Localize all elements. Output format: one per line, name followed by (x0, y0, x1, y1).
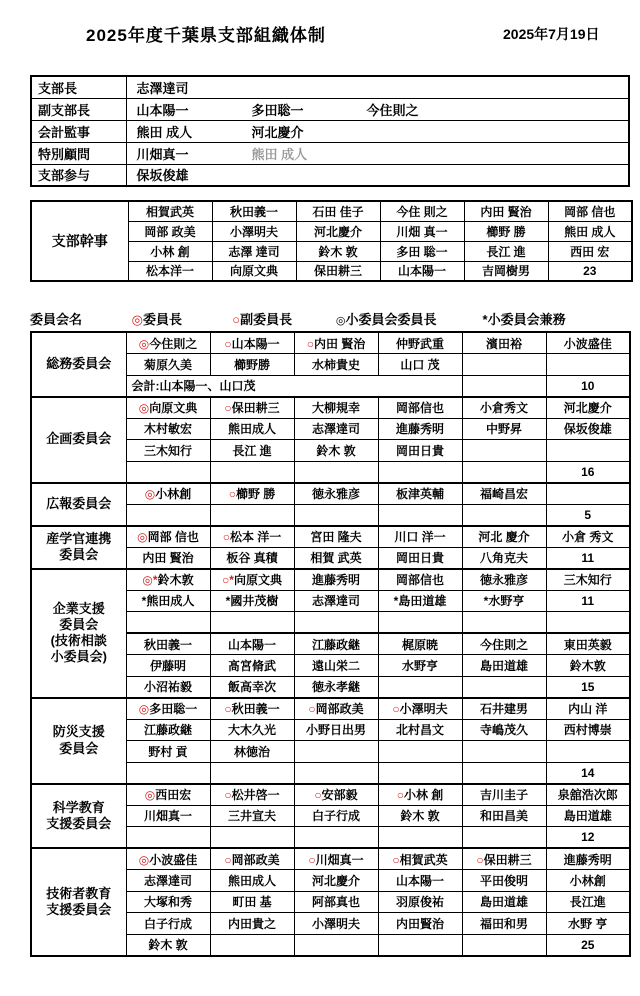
member-cell: 進藤秀明 (546, 848, 630, 870)
person-name: 櫛野 勝 (236, 487, 275, 501)
vice-chair-mark-icon: ○ (223, 530, 230, 544)
member-cell: 濱田裕 (462, 332, 546, 354)
member-cell (294, 827, 378, 849)
member-cell: 小林創 (546, 870, 630, 892)
member-cell: 江藤政継 (126, 719, 210, 741)
person-name: 河北慶介 (252, 122, 367, 141)
person-name: 山本陽一 (137, 100, 252, 119)
member-cell: 泉舘浩次郎 (546, 784, 630, 806)
member-cell: ○小林 創 (378, 784, 462, 806)
legend-sub-chair-label: 小委員会委員長 (345, 312, 436, 327)
committee-name: 企画委員会 (31, 397, 126, 483)
member-cell: 小澤明夫 (294, 913, 378, 935)
member-cell: 白子行成 (294, 805, 378, 827)
chair-mark-icon: ◎ (145, 788, 155, 802)
member-cell (378, 612, 462, 634)
member-cell: 熊田 成人 (548, 221, 632, 241)
vice-chair-mark-icon: ○ (476, 853, 483, 867)
member-cell (546, 612, 630, 634)
committee-row: 科学教育 支援委員会◎西田宏○松井啓一○安部毅○小林 創吉川圭子泉舘浩次郎 (31, 784, 630, 806)
member-count-cell: 14 (546, 762, 630, 784)
member-cell: 秋田義一 (126, 633, 210, 655)
member-count-cell: 15 (546, 676, 630, 698)
member-cell: 三木知行 (546, 569, 630, 591)
member-cell (378, 827, 462, 849)
member-cell: 阿部真也 (294, 891, 378, 913)
committee-name: 技術者教育 支援委員会 (31, 848, 126, 956)
committee-section: 産学官連携 委員会◎岡部 信也○松本 洋一宮田 隆夫川口 洋一河北 慶介小倉 秀… (31, 526, 630, 569)
member-cell: 熊田成人 (210, 870, 294, 892)
member-count-cell: 25 (546, 934, 630, 956)
legend-concurrent: *小委員会兼務 (483, 309, 566, 328)
member-count-cell: 5 (546, 504, 630, 526)
person-name: 今住則之 (367, 100, 482, 119)
person-name: 島田道雄 (398, 594, 446, 608)
member-cell (294, 934, 378, 956)
legend-concurrent-label: 小委員会兼務 (488, 312, 566, 327)
member-cell: 川畑真一 (126, 805, 210, 827)
member-cell: 三井宣夫 (210, 805, 294, 827)
officer-role-label: 支部長 (31, 76, 126, 98)
member-cell: 仲野武重 (378, 332, 462, 354)
member-cell (462, 612, 546, 634)
person-name: 多田聡一 (252, 100, 367, 119)
secretary-row: 支部幹事相賀武英秋田義一石田 佳子今住 則之内田 賢治岡部 信也 (31, 201, 632, 221)
member-cell (210, 461, 294, 483)
member-cell: 鈴木 敦 (296, 241, 380, 261)
member-cell (462, 375, 546, 397)
member-count-cell: 12 (546, 827, 630, 849)
person-name: 松井啓一 (232, 788, 280, 802)
member-cell: 内田 賢治 (126, 547, 210, 569)
vice-chair-mark-icon: ○ (224, 401, 231, 415)
officer-names-cell: 川畑真一熊田 成人 (126, 142, 629, 164)
member-cell (126, 461, 210, 483)
member-cell: ○小澤明夫 (378, 698, 462, 720)
person-name: 川畑真一 (316, 853, 364, 867)
person-name: 小澤明夫 (400, 702, 448, 716)
member-cell: 島田道雄 (546, 805, 630, 827)
member-cell: 山本陽一 (380, 261, 464, 281)
officer-row: 会計監事熊田 成人河北慶介 (31, 120, 629, 142)
person-name: 会計:山本陽一、山口茂 (132, 379, 256, 393)
member-cell: 山本陽一 (378, 870, 462, 892)
committee-row: 総務委員会◎今住則之○山本陽一○内田 賢治仲野武重濱田裕小波盛佳 (31, 332, 630, 354)
vice-chair-mark-icon: ○ (224, 788, 231, 802)
member-cell: 今住 則之 (380, 201, 464, 221)
member-cell: 川畑 真一 (380, 221, 464, 241)
person-name: 秋田義一 (232, 702, 280, 716)
person-name: 川畑真一 (137, 144, 252, 163)
chair-mark-icon: ◎ (139, 702, 149, 716)
member-cell (294, 504, 378, 526)
member-cell: 長江進 (546, 891, 630, 913)
member-cell: 宮田 隆夫 (294, 526, 378, 548)
secretaries-body: 支部幹事相賀武英秋田義一石田 佳子今住 則之内田 賢治岡部 信也岡部 政美小澤明… (31, 201, 632, 281)
member-cell: 松本洋一 (128, 261, 212, 281)
member-cell: 河北慶介 (546, 397, 630, 419)
member-cell: 木村敏宏 (126, 418, 210, 440)
member-cell: 石井建男 (462, 698, 546, 720)
member-cell: 内田 賢治 (464, 201, 548, 221)
legend: 委員会名 ◎委員長 ○副委員長 ◎小委員会委員長 *小委員会兼務 (30, 309, 635, 328)
member-count-cell: 23 (548, 261, 632, 281)
committees-table: 総務委員会◎今住則之○山本陽一○内田 賢治仲野武重濱田裕小波盛佳菊原久美櫛野勝水… (30, 331, 631, 957)
officers-table: 支部長志澤達司副支部長山本陽一多田聡一今住則之会計監事熊田 成人河北慶介特別顧問… (30, 75, 630, 187)
committee-row: 技術者教育 支援委員会◎小波盛佳○岡部政美○川畑真一○相賀武英○保田耕三進藤秀明 (31, 848, 630, 870)
member-cell: 福崎昌宏 (462, 483, 546, 505)
member-cell: *島田道雄 (378, 590, 462, 612)
member-cell: 江藤政継 (294, 633, 378, 655)
member-cell (546, 741, 630, 763)
member-cell: ○岡部政美 (210, 848, 294, 870)
member-cell: 山本陽一 (210, 633, 294, 655)
member-cell (378, 676, 462, 698)
chair-mark-icon: ◎ (137, 530, 147, 544)
vice-chair-mark-icon: ○ (308, 702, 315, 716)
member-cell: 岡部 政美 (128, 221, 212, 241)
member-cell: 梶原暁 (378, 633, 462, 655)
officer-row: 支部参与保坂俊雄 (31, 164, 629, 186)
member-cell: ○山本陽一 (210, 332, 294, 354)
page-title: 2025年度千葉県支部組織体制 (86, 21, 326, 46)
officer-role-label: 副支部長 (31, 98, 126, 120)
chair-mark-icon: ◎ (132, 312, 143, 327)
person-name: 國井茂樹 (230, 594, 278, 608)
member-cell: 和田昌美 (462, 805, 546, 827)
member-cell (378, 504, 462, 526)
page-date: 2025年7月19日 (503, 24, 600, 44)
member-cell: 福田和男 (462, 913, 546, 935)
member-cell: 今住則之 (462, 633, 546, 655)
member-cell: ○岡部政美 (294, 698, 378, 720)
committee-row: 産学官連携 委員会◎岡部 信也○松本 洋一宮田 隆夫川口 洋一河北 慶介小倉 秀… (31, 526, 630, 548)
vice-chair-mark-icon: ○ (314, 788, 321, 802)
member-cell: ◎小波盛佳 (126, 848, 210, 870)
member-cell: ○相賀武英 (378, 848, 462, 870)
vice-chair-mark-icon: ○ (392, 853, 399, 867)
member-cell: 向原文典 (212, 261, 296, 281)
vice-chair-mark-icon: ○ (232, 312, 240, 327)
officer-names-cell: 保坂俊雄 (126, 164, 629, 186)
member-cell: 徳永孝継 (294, 676, 378, 698)
member-cell: 相賀 武英 (294, 547, 378, 569)
member-cell: 大木久光 (210, 719, 294, 741)
member-cell: 徳永雅彦 (462, 569, 546, 591)
chair-mark-icon: ◎ (139, 401, 149, 415)
member-cell (294, 612, 378, 634)
committee-name: 防災支援 委員会 (31, 698, 126, 784)
officer-names-cell: 熊田 成人河北慶介 (126, 120, 629, 142)
member-cell: 大塚和秀 (126, 891, 210, 913)
person-name: 山本陽一 (232, 337, 280, 351)
member-cell: 東田英毅 (546, 633, 630, 655)
member-cell: 岡田日貴 (378, 547, 462, 569)
member-cell: 中野昇 (462, 418, 546, 440)
member-cell: 秋田義一 (212, 201, 296, 221)
member-cell: 岡部信也 (378, 397, 462, 419)
person-name: 多田聡一 (149, 702, 197, 716)
member-cell: 内山 洋 (546, 698, 630, 720)
member-cell: 飯高幸次 (210, 676, 294, 698)
member-cell (126, 504, 210, 526)
member-cell: *水野亨 (462, 590, 546, 612)
member-cell: 長江 進 (210, 440, 294, 462)
member-cell: 菊原久美 (126, 354, 210, 376)
person-name: 小波盛佳 (149, 853, 197, 867)
member-cell (462, 440, 546, 462)
member-cell (126, 612, 210, 634)
member-cell: 熊田成人 (210, 418, 294, 440)
member-cell: 水野 亨 (546, 913, 630, 935)
chair-mark-icon: ◎ (139, 853, 149, 867)
member-cell: 志澤達司 (294, 418, 378, 440)
member-cell (378, 741, 462, 763)
member-cell: 保田耕三 (296, 261, 380, 281)
member-cell: 北村昌文 (378, 719, 462, 741)
committee-section: 広報委員会◎小林創○櫛野 勝徳永雅彦板津英輔福崎昌宏5 (31, 483, 630, 526)
member-cell: 八角克夫 (462, 547, 546, 569)
member-cell (462, 827, 546, 849)
member-cell (126, 762, 210, 784)
secretaries-label: 支部幹事 (31, 201, 128, 281)
member-cell: 櫛野 勝 (464, 221, 548, 241)
officer-role-label: 支部参与 (31, 164, 126, 186)
chair-mark-icon: ◎ (142, 573, 152, 587)
member-cell: ◎小林創 (126, 483, 210, 505)
member-cell (462, 741, 546, 763)
member-cell: *熊田成人 (126, 590, 210, 612)
committee-name: 産学官連携 委員会 (31, 526, 126, 569)
member-cell: 島田道雄 (462, 891, 546, 913)
person-name: 保田耕三 (232, 401, 280, 415)
officer-role-label: 特別顧問 (31, 142, 126, 164)
member-cell: 保坂俊雄 (546, 418, 630, 440)
member-cell: 小林 創 (128, 241, 212, 261)
member-cell: 平田俊明 (462, 870, 546, 892)
member-cell: 徳永雅彦 (294, 483, 378, 505)
member-cell: 内田賢治 (378, 913, 462, 935)
person-name: 岡部政美 (316, 702, 364, 716)
committee-row: 企業支援 委員会 (技術相談 小委員会)◎*鈴木敦○*向原文典進藤秀明岡部信也徳… (31, 569, 630, 591)
member-cell: 小野日出男 (294, 719, 378, 741)
member-cell: 町田 基 (210, 891, 294, 913)
member-cell: ○*向原文典 (210, 569, 294, 591)
officer-names-cell: 山本陽一多田聡一今住則之 (126, 98, 629, 120)
document-page: 2025年度千葉県支部組織体制 2025年7月19日 支部長志澤達司副支部長山本… (0, 0, 640, 996)
person-name: 松本 洋一 (230, 530, 281, 544)
member-cell: 小澤明夫 (212, 221, 296, 241)
member-count-cell: 11 (546, 590, 630, 612)
member-cell: 羽原俊祐 (378, 891, 462, 913)
legend-chair: ◎委員長 (132, 309, 229, 328)
member-cell: 河北慶介 (296, 221, 380, 241)
member-cell: 進藤秀明 (294, 569, 378, 591)
member-cell: *國井茂樹 (210, 590, 294, 612)
person-name: 熊田 成人 (252, 144, 367, 163)
member-count-cell: 16 (546, 461, 630, 483)
committee-section: 総務委員会◎今住則之○山本陽一○内田 賢治仲野武重濱田裕小波盛佳菊原久美櫛野勝水… (31, 332, 630, 397)
legend-vice-chair: ○副委員長 (232, 309, 332, 328)
person-name: 岡部 信也 (148, 530, 199, 544)
member-cell: 髙宮脩武 (210, 655, 294, 677)
committee-section: 企業支援 委員会 (技術相談 小委員会)◎*鈴木敦○*向原文典進藤秀明岡部信也徳… (31, 569, 630, 698)
person-name: 安部毅 (322, 788, 358, 802)
vice-chair-mark-icon: ○ (308, 853, 315, 867)
vice-chair-mark-icon: ○ (224, 337, 231, 351)
member-cell: 水柿貴史 (294, 354, 378, 376)
person-name: 向原文典 (149, 401, 197, 415)
committee-section: 防災支援 委員会◎多田聡一○秋田義一○岡部政美○小澤明夫石井建男内山 洋江藤政継… (31, 698, 630, 784)
legend-chair-label: 委員長 (143, 312, 182, 327)
person-name: 水野亨 (488, 594, 524, 608)
member-cell (462, 504, 546, 526)
member-cell: 白子行成 (126, 913, 210, 935)
member-cell: 吉川圭子 (462, 784, 546, 806)
member-count-cell: 10 (546, 375, 630, 397)
vice-chair-mark-icon: ○ (224, 853, 231, 867)
officer-role-label: 会計監事 (31, 120, 126, 142)
member-cell: ◎向原文典 (126, 397, 210, 419)
member-cell: 志澤達司 (294, 590, 378, 612)
member-cell: ◎多田聡一 (126, 698, 210, 720)
secretaries-table: 支部幹事相賀武英秋田義一石田 佳子今住 則之内田 賢治岡部 信也岡部 政美小澤明… (30, 200, 633, 282)
person-name: 内田 賢治 (314, 337, 365, 351)
officer-names-cell: 志澤達司 (126, 76, 629, 98)
member-cell: ○秋田義一 (210, 698, 294, 720)
member-cell: 小沼祐毅 (126, 676, 210, 698)
member-cell: 石田 佳子 (296, 201, 380, 221)
person-name: 熊田 成人 (137, 122, 252, 141)
member-cell: 河北 慶介 (462, 526, 546, 548)
vice-chair-mark-icon: ○ (229, 487, 236, 501)
member-cell: 鈴木 敦 (126, 934, 210, 956)
officer-row: 支部長志澤達司 (31, 76, 629, 98)
member-cell: ○保田耕三 (462, 848, 546, 870)
member-cell: 西村博崇 (546, 719, 630, 741)
member-cell: 山口 茂 (378, 354, 462, 376)
member-cell (378, 934, 462, 956)
committee-name: 企業支援 委員会 (技術相談 小委員会) (31, 569, 126, 698)
legend-committee-name-header: 委員会名 (30, 309, 128, 328)
committee-section: 技術者教育 支援委員会◎小波盛佳○岡部政美○川畑真一○相賀武英○保田耕三進藤秀明… (31, 848, 630, 956)
member-cell (126, 827, 210, 849)
legend-vice-chair-label: 副委員長 (240, 312, 292, 327)
member-cell (378, 762, 462, 784)
member-cell: 遠山栄二 (294, 655, 378, 677)
member-cell: ○松本 洋一 (210, 526, 294, 548)
chair-mark-icon: ◎ (139, 337, 149, 351)
member-cell: ◎西田宏 (126, 784, 210, 806)
committee-row: 広報委員会◎小林創○櫛野 勝徳永雅彦板津英輔福崎昌宏 (31, 483, 630, 505)
member-cell: 林徳治 (210, 741, 294, 763)
member-cell (462, 461, 546, 483)
member-cell: 野村 貢 (126, 741, 210, 763)
member-cell: ○内田 賢治 (294, 332, 378, 354)
member-cell (294, 461, 378, 483)
member-cell: 寺嶋茂久 (462, 719, 546, 741)
member-cell (294, 762, 378, 784)
committee-section: 科学教育 支援委員会◎西田宏○松井啓一○安部毅○小林 創吉川圭子泉舘浩次郎川畑真… (31, 784, 630, 849)
person-name: 相賀武英 (400, 853, 448, 867)
member-cell: 三木知行 (126, 440, 210, 462)
member-cell (546, 354, 630, 376)
member-cell (210, 504, 294, 526)
person-name: 小林 創 (404, 788, 443, 802)
member-cell: 川口 洋一 (378, 526, 462, 548)
member-cell: 島田道雄 (462, 655, 546, 677)
member-cell (210, 934, 294, 956)
member-cell: 長江 進 (464, 241, 548, 261)
member-cell: ◎岡部 信也 (126, 526, 210, 548)
member-cell: 志澤 達司 (212, 241, 296, 261)
member-cell: 鈴木 敦 (378, 805, 462, 827)
member-cell: 多田 聡一 (380, 241, 464, 261)
member-cell: 鈴木 敦 (294, 440, 378, 462)
member-cell (546, 440, 630, 462)
committee-name: 広報委員会 (31, 483, 126, 526)
legend-sub-chair: ◎小委員会委員長 (336, 309, 479, 328)
member-count-cell: 11 (546, 547, 630, 569)
vice-chair-mark-icon: ○ (392, 702, 399, 716)
member-cell: 小倉秀文 (462, 397, 546, 419)
officers-body: 支部長志澤達司副支部長山本陽一多田聡一今住則之会計監事熊田 成人河北慶介特別顧問… (31, 76, 629, 186)
member-cell: 岡部 信也 (548, 201, 632, 221)
member-cell (210, 762, 294, 784)
vice-chair-mark-icon: ○ (397, 788, 404, 802)
member-cell: ◎今住則之 (126, 332, 210, 354)
member-cell: ○安部毅 (294, 784, 378, 806)
member-cell: 小波盛佳 (546, 332, 630, 354)
committee-section: 企画委員会◎向原文典○保田耕三大柳規幸岡部信也小倉秀文河北慶介木村敏宏熊田成人志… (31, 397, 630, 483)
member-cell: ○川畑真一 (294, 848, 378, 870)
vice-chair-mark-icon: ○ (224, 702, 231, 716)
member-cell (378, 461, 462, 483)
member-cell: ○保田耕三 (210, 397, 294, 419)
person-name: 西田宏 (155, 788, 191, 802)
person-name: 志澤達司 (137, 78, 252, 97)
committee-name: 総務委員会 (31, 332, 126, 397)
member-cell: 吉岡樹男 (464, 261, 548, 281)
member-cell (210, 612, 294, 634)
person-name: 今住則之 (149, 337, 197, 351)
committee-name: 科学教育 支援委員会 (31, 784, 126, 849)
person-name: 熊田成人 (146, 594, 194, 608)
committee-row: 企画委員会◎向原文典○保田耕三大柳規幸岡部信也小倉秀文河北慶介 (31, 397, 630, 419)
member-cell (462, 934, 546, 956)
member-cell: 鈴木敦 (546, 655, 630, 677)
member-cell (210, 827, 294, 849)
member-cell: ○松井啓一 (210, 784, 294, 806)
member-cell: ◎*鈴木敦 (126, 569, 210, 591)
member-cell: 岡部信也 (378, 569, 462, 591)
member-cell (462, 354, 546, 376)
person-name: 小林創 (155, 487, 191, 501)
member-cell: 櫛野勝 (210, 354, 294, 376)
member-cell: 河北慶介 (294, 870, 378, 892)
committee-row: 防災支援 委員会◎多田聡一○秋田義一○岡部政美○小澤明夫石井建男内山 洋 (31, 698, 630, 720)
member-cell: 進藤秀明 (378, 418, 462, 440)
person-name: 保坂俊雄 (137, 165, 252, 184)
member-cell: ○櫛野 勝 (210, 483, 294, 505)
person-name: 保田耕三 (484, 853, 532, 867)
member-cell: 伊藤明 (126, 655, 210, 677)
person-name: 鈴木敦 (158, 573, 194, 587)
member-cell: 岡田日貴 (378, 440, 462, 462)
person-name: 向原文典 (234, 573, 282, 587)
member-cell (462, 762, 546, 784)
member-cell: 水野亨 (378, 655, 462, 677)
